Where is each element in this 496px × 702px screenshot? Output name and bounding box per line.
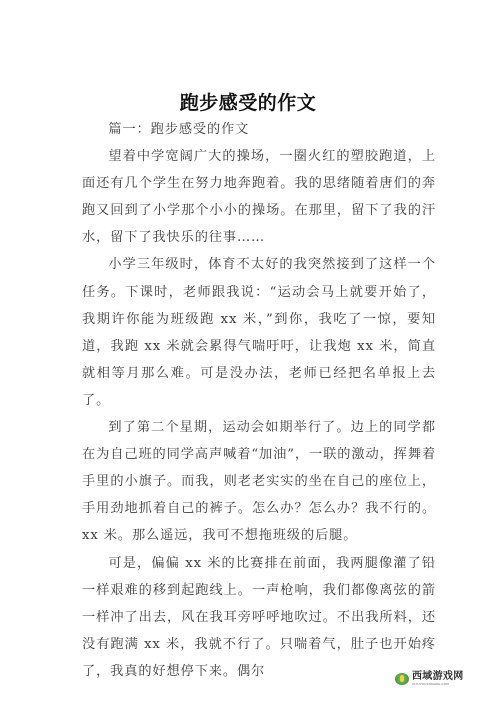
paragraph: 可是，偏偏 xx 米的比赛排在前面，我两腿像灌了铅一样艰难的移到起跑线上。一声枪… <box>82 550 436 685</box>
document-page: 跑步感受的作文 篇一：跑步感受的作文 望着中学宽阔广大的操场，一圈火红的塑胶跑道… <box>0 0 496 702</box>
site-watermark: 西域游戏网 XIYUYOUXIWANG.COM <box>395 672 464 686</box>
watermark-name: 西域游戏网 <box>412 672 464 682</box>
site-logo-icon <box>395 673 409 685</box>
paragraph: 小学三年级时，体育不太好的我突然接到了这样一个任务。下课时，老师跟我说：“运动会… <box>82 251 436 414</box>
document-title: 跑步感受的作文 <box>0 88 496 115</box>
paragraph: 望着中学宽阔广大的操场，一圈火红的塑胶跑道，上面还有几个学生在努力地奔跑着。我的… <box>82 143 436 251</box>
paragraph: 到了第二个星期，运动会如期举行了。边上的同学都在为自己班的同学高声喊着“加油”，… <box>82 414 436 549</box>
document-body: 篇一：跑步感受的作文 望着中学宽阔广大的操场，一圈火红的塑胶跑道，上面还有几个学… <box>82 116 436 685</box>
section-heading: 篇一：跑步感受的作文 <box>82 116 436 143</box>
watermark-subtitle: XIYUYOUXIWANG.COM <box>412 683 464 686</box>
